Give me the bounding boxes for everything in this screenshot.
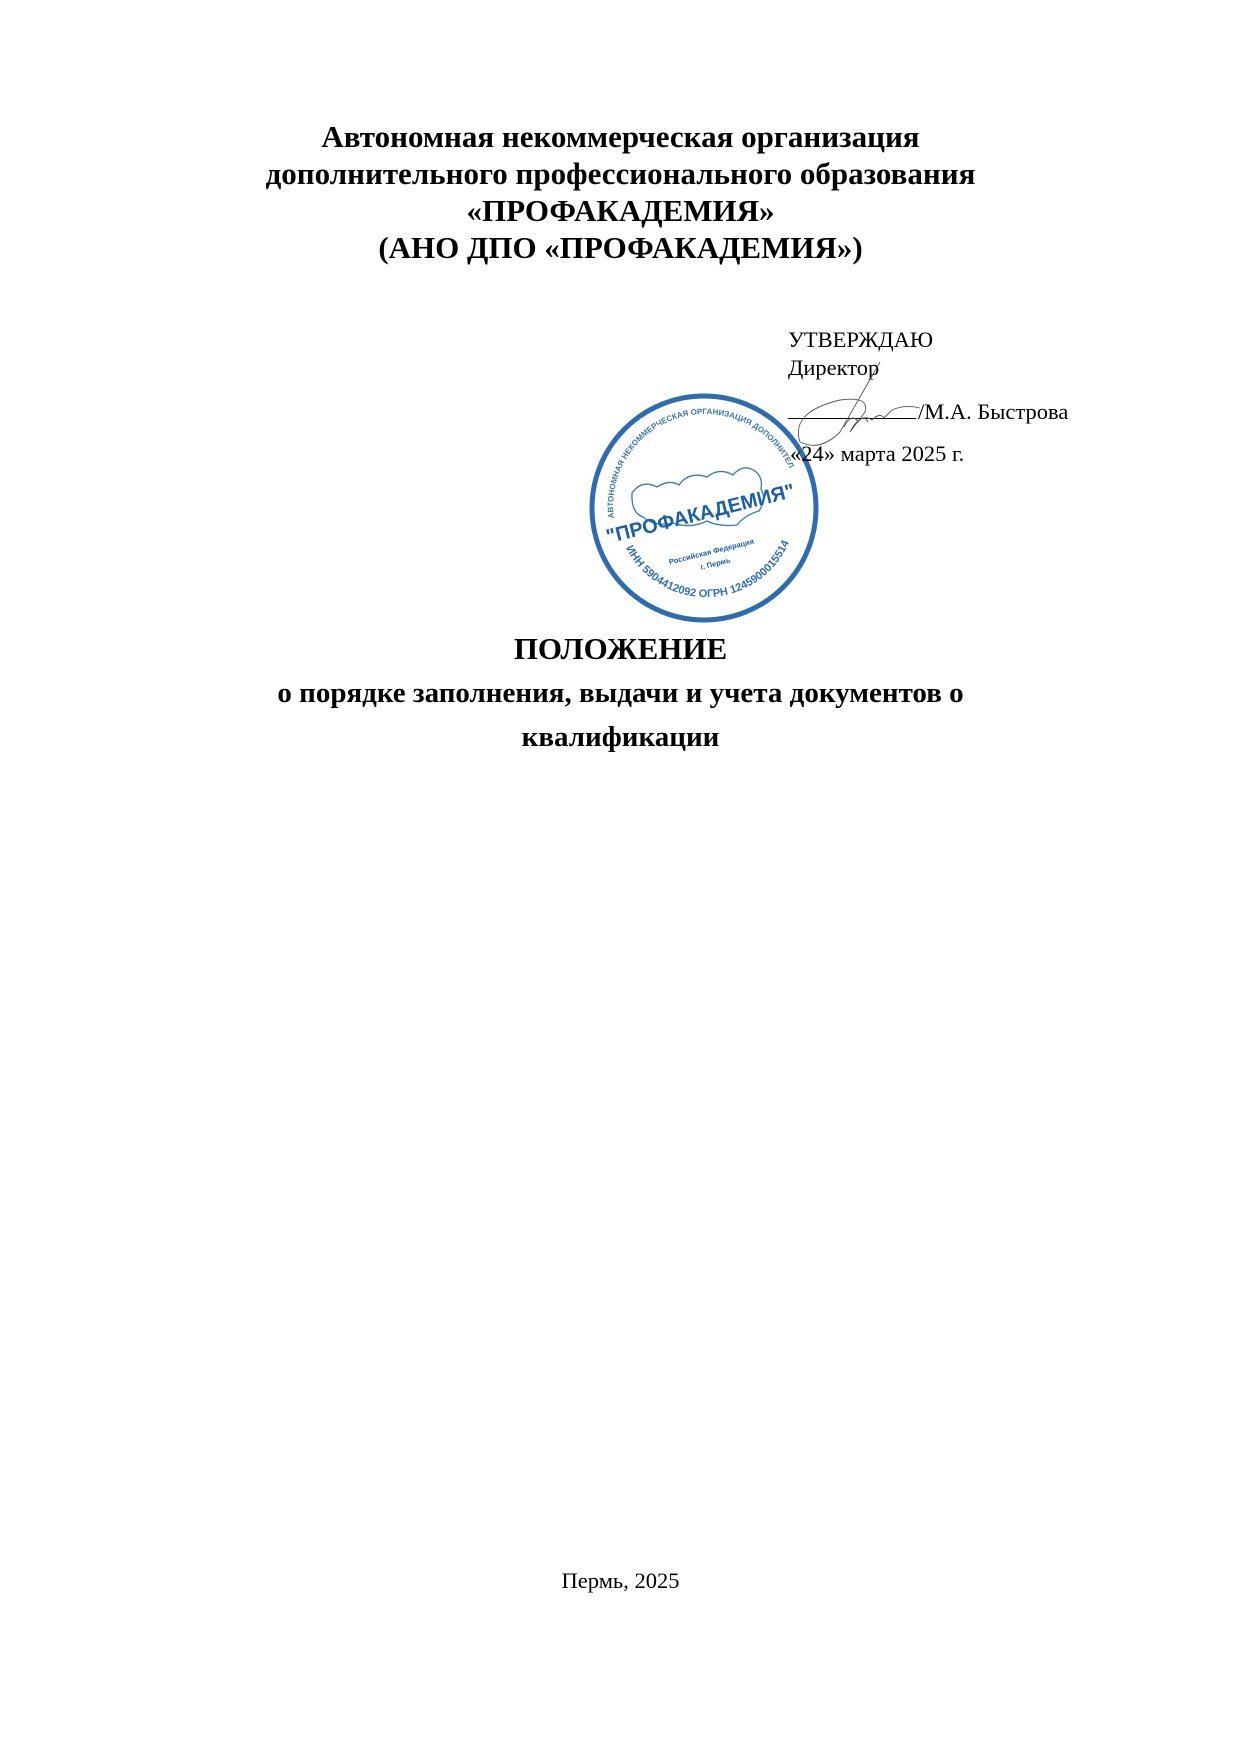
document-subtitle-line-1: о порядке заполнения, выдачи и учета док…	[0, 672, 1241, 714]
approve-label: УТВЕРЖДАЮ	[788, 326, 1068, 354]
handwritten-signature	[780, 352, 930, 472]
header-line-3: «ПРОФАКАДЕМИЯ»	[0, 192, 1241, 229]
signatory-name: /М.А. Быстрова	[918, 399, 1068, 424]
header-line-2: дополнительного профессионального образо…	[0, 155, 1241, 192]
organization-header: Автономная некоммерческая организация до…	[0, 118, 1241, 266]
document-title: ПОЛОЖЕНИЕ	[0, 628, 1241, 670]
document-title-block: ПОЛОЖЕНИЕ о порядке заполнения, выдачи и…	[0, 628, 1241, 758]
header-line-4: (АНО ДПО «ПРОФАКАДЕМИЯ»)	[0, 229, 1241, 266]
place-and-year: Пермь, 2025	[0, 1567, 1241, 1595]
header-line-1: Автономная некоммерческая организация	[0, 118, 1241, 155]
stamp-center-text: "ПРОФАКАДЕМИЯ"	[604, 480, 797, 548]
document-subtitle-line-2: квалификации	[0, 716, 1241, 758]
